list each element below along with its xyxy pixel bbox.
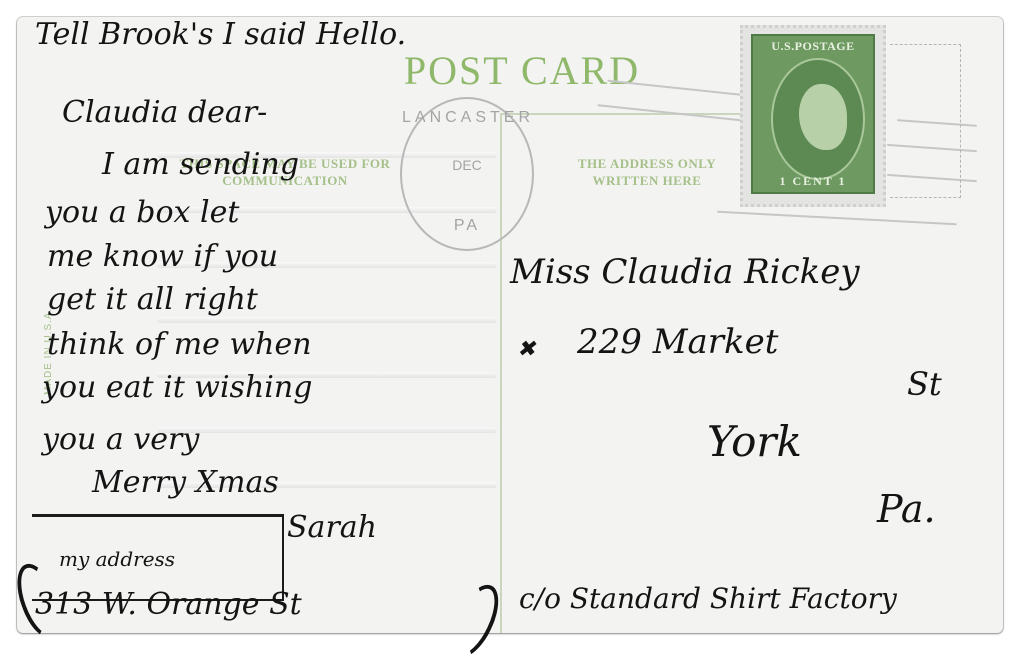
recipient-street-suffix: St: [907, 365, 942, 403]
recipient-state: Pa.: [877, 487, 936, 531]
message-line: think of me when: [47, 327, 312, 362]
embossed-line: [157, 317, 497, 323]
message-header: Tell Brook's I said Hello.: [35, 17, 406, 52]
return-address: 313 W. Orange St: [35, 587, 302, 622]
recipient-care-of: c/o Standard Shirt Factory: [519, 582, 897, 615]
message-line: I am sending: [102, 147, 299, 182]
postmark-state: PA: [402, 217, 532, 235]
right-paren-mark: [442, 578, 508, 658]
heading-line: THE ADDRESS ONLY: [537, 155, 757, 172]
address-area-heading: THE ADDRESS ONLY WRITTEN HERE: [537, 155, 757, 189]
postmark-circle: LANCASTER DEC PA: [400, 97, 534, 251]
postcard-title: POST CARD: [357, 47, 687, 94]
recipient-city: York: [707, 417, 802, 466]
heading-line: WRITTEN HERE: [537, 172, 757, 189]
crossed-mark: ✖: [517, 337, 535, 362]
message-line: Claudia dear-: [62, 95, 267, 130]
stamp-portrait-oval: [771, 58, 865, 180]
stamp-placement-box: [890, 44, 961, 198]
embossed-line: [157, 427, 497, 433]
postmark-date: DEC: [402, 157, 532, 173]
cancellation-wave: [717, 211, 957, 226]
recipient-name: Miss Claudia Rickey: [510, 252, 860, 292]
postage-stamp: U.S.POSTAGE 1 CENT 1: [740, 25, 886, 207]
message-line: you a box let: [45, 195, 239, 230]
recipient-street: 229 Market: [577, 322, 778, 362]
stamp-denomination: 1 CENT 1: [753, 174, 873, 189]
message-line: you a very: [42, 422, 199, 457]
message-line: me know if you: [47, 239, 278, 274]
message-line: Merry Xmas: [92, 465, 279, 500]
stamp-top-text: U.S.POSTAGE: [753, 39, 873, 54]
message-line: get it all right: [47, 282, 258, 317]
message-line: you eat it wishing: [42, 370, 312, 405]
signature: Sarah: [287, 510, 377, 545]
return-address-label: my address: [59, 547, 175, 571]
washington-portrait-icon: [799, 84, 847, 150]
stamp-design: U.S.POSTAGE 1 CENT 1: [751, 34, 875, 194]
postmark-city: LANCASTER: [402, 109, 532, 127]
postcard-back: POST CARD THIS SPACE MAY BE USED FOR COM…: [17, 17, 1003, 633]
